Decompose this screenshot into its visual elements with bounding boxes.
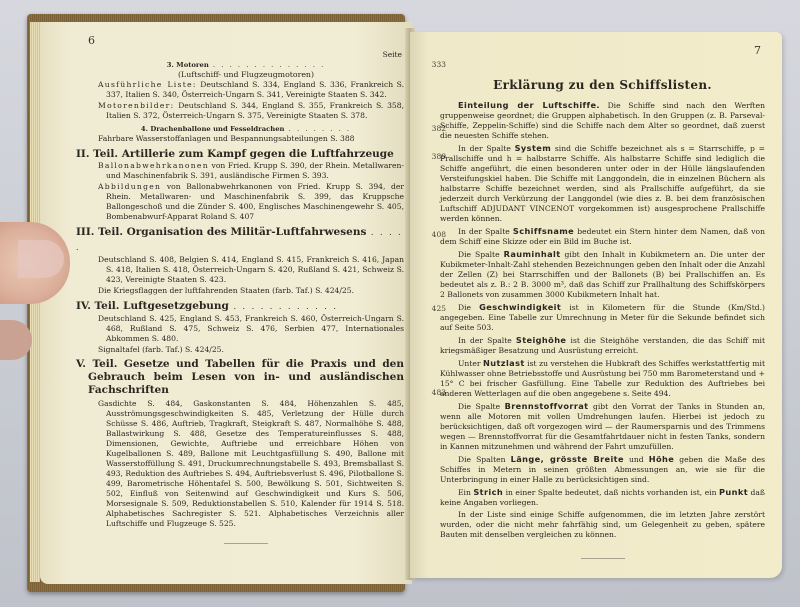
right-page-number: 7 xyxy=(754,44,761,57)
section-divider xyxy=(224,543,268,544)
part-title: IV. Teil. Luftgesetzgebung xyxy=(76,300,229,312)
section-subheading: (Luftschiff- und Flugzeugmotoren) xyxy=(88,70,404,80)
paragraph: Unter Nutzlast ist zu verstehen die Hubk… xyxy=(440,358,765,399)
toc-part-2: II. Teil. Artillerie zum Kampf gegen die… xyxy=(88,147,404,161)
toc-entry: Signaltafel (farb. Taf.) S. 424/25. xyxy=(88,345,404,355)
toc-entry: Ballonabwehrkanonen von Fried. Krupp S. … xyxy=(88,161,404,181)
toc-entry: Abbildungen von Ballonabwehrkanonen von … xyxy=(88,182,404,222)
toc-part-5: V. Teil. Gesetze und Tabellen für die Pr… xyxy=(88,358,404,397)
paragraph: In der Spalte Steighöhe ist die Steighöh… xyxy=(440,335,765,356)
thumbnail xyxy=(18,240,64,278)
section-heading: 4. Drachenballone und Fesseldrachen xyxy=(141,125,285,133)
toc-part-4: IV. Teil. Luftgesetzgebung . . . . . . .… xyxy=(88,299,404,314)
toc-entry: Fahrbare Wasserstoffanlagen und Bespannu… xyxy=(88,134,404,144)
part-title: V. Teil. Gesetze und Tabellen für die Pr… xyxy=(76,358,404,397)
toc-part-3: III. Teil. Organisation des Militär-Luft… xyxy=(88,225,404,255)
paragraph: In der Liste sind einige Schiffe aufgeno… xyxy=(440,510,765,540)
paragraph: Die Spalten Länge, grösste Breite und Hö… xyxy=(440,454,765,485)
toc-entry: Gasdichte S. 484, Gaskonstanten S. 484, … xyxy=(88,399,404,529)
toc-entry: Deutschland S. 408, Belgien S. 414, Engl… xyxy=(88,255,404,285)
toc-entry: Deutschland S. 425, England S. 453, Fran… xyxy=(88,314,404,344)
paragraph: In der Spalte Schiffsname bedeutet ein S… xyxy=(440,226,765,247)
section-page: 333 xyxy=(432,60,446,70)
toc-entry: Die Kriegsflaggen der luftfahrenden Staa… xyxy=(88,286,404,296)
paragraph: Die Spalte Brennstoffvorrat gibt den Vor… xyxy=(440,401,765,452)
part-title: III. Teil. Organisation des Militär-Luft… xyxy=(76,226,366,238)
paragraph: Ein Strich in einer Spalte bedeutet, daß… xyxy=(440,487,765,508)
section-divider xyxy=(581,558,625,559)
section-heading: 3. Motoren xyxy=(167,61,209,69)
part-title: II. Teil. Artillerie zum Kampf gegen die… xyxy=(76,147,404,161)
toc-entry: Motorenbilder: Deutschland S. 344, Engla… xyxy=(88,101,404,121)
toc-section-drachenballone: 4. Drachenballone und Fesseldrachen . . … xyxy=(88,124,404,134)
table-of-contents: Seite 3. Motoren . . . . . . . . . . . .… xyxy=(88,44,404,544)
toc-section-motoren: 3. Motoren . . . . . . . . . . . . . . 3… xyxy=(88,60,404,70)
paragraph: Die Spalte Rauminhalt gibt den Inhalt in… xyxy=(440,249,765,300)
toc-entry: Ausführliche Liste: Deutschland S. 334, … xyxy=(88,80,404,100)
paragraph: Die Geschwindigkeit ist in Kilometern fü… xyxy=(440,302,765,333)
seite-label: Seite xyxy=(88,50,444,60)
paragraph: In der Spalte System sind die Schiffe be… xyxy=(440,143,765,224)
page-title: Erklärung zu den Schiffslisten. xyxy=(440,78,765,92)
paragraph: Einteilung der Luftschiffe. Die Schiffe … xyxy=(440,100,765,141)
explanation-body: Einteilung der Luftschiffe. Die Schiffe … xyxy=(440,100,765,559)
